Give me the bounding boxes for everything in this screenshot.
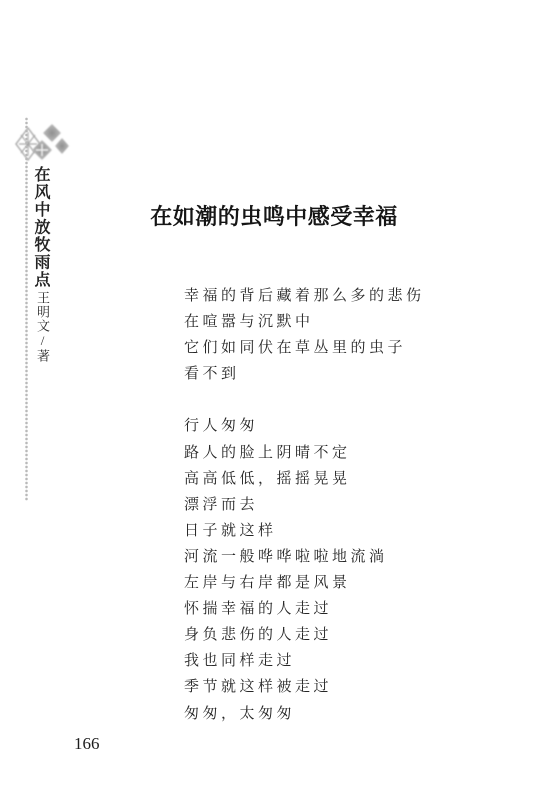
poem-line: 路人的脸上阴晴不定 xyxy=(184,440,514,466)
poem-line: 行人匆匆 xyxy=(184,413,514,439)
poem-line: 它们如同伏在草丛里的虫子 xyxy=(184,335,514,361)
stanza-gap xyxy=(184,387,514,413)
book-author-vertical: 王明文/著 xyxy=(33,291,52,363)
poem-line: 漂浮而去 xyxy=(184,492,514,518)
poem-line: 幸福的背后藏着那么多的悲伤 xyxy=(184,283,514,309)
diamond-cluster-icon xyxy=(8,116,74,168)
poem-line: 河流一般哗哗啦啦地流淌 xyxy=(184,544,514,570)
poem-title: 在如潮的虫鸣中感受幸福 xyxy=(0,200,548,231)
poem-line: 高高低低，摇摇晃晃 xyxy=(184,466,514,492)
spine-beaded-line xyxy=(25,117,28,501)
poem-line: 匆匆，太匆匆 xyxy=(184,701,514,727)
book-page: 在风中放牧雨点 王明文/著 在如潮的虫鸣中感受幸福 幸福的背后藏着那么多的悲伤在… xyxy=(0,0,548,812)
sparkle-diamond-icon xyxy=(32,140,52,160)
snowflake-diamond-icon xyxy=(16,128,40,160)
small-diamond-icon xyxy=(55,138,69,154)
poem-line: 看不到 xyxy=(184,361,514,387)
poem-line: 身负悲伤的人走过 xyxy=(184,622,514,648)
poem-line: 日子就这样 xyxy=(184,518,514,544)
poem-line: 怀揣幸福的人走过 xyxy=(184,596,514,622)
poem-line: 季节就这样被走过 xyxy=(184,674,514,700)
small-diamond-icon xyxy=(43,124,61,142)
poem-body: 幸福的背后藏着那么多的悲伤在喧嚣与沉默中它们如同伏在草丛里的虫子看不到 行人匆匆… xyxy=(184,283,514,727)
page-number: 166 xyxy=(74,734,100,754)
poem-line: 我也同样走过 xyxy=(184,648,514,674)
poem-line: 左岸与右岸都是风景 xyxy=(184,570,514,596)
poem-line: 在喧嚣与沉默中 xyxy=(184,309,514,335)
